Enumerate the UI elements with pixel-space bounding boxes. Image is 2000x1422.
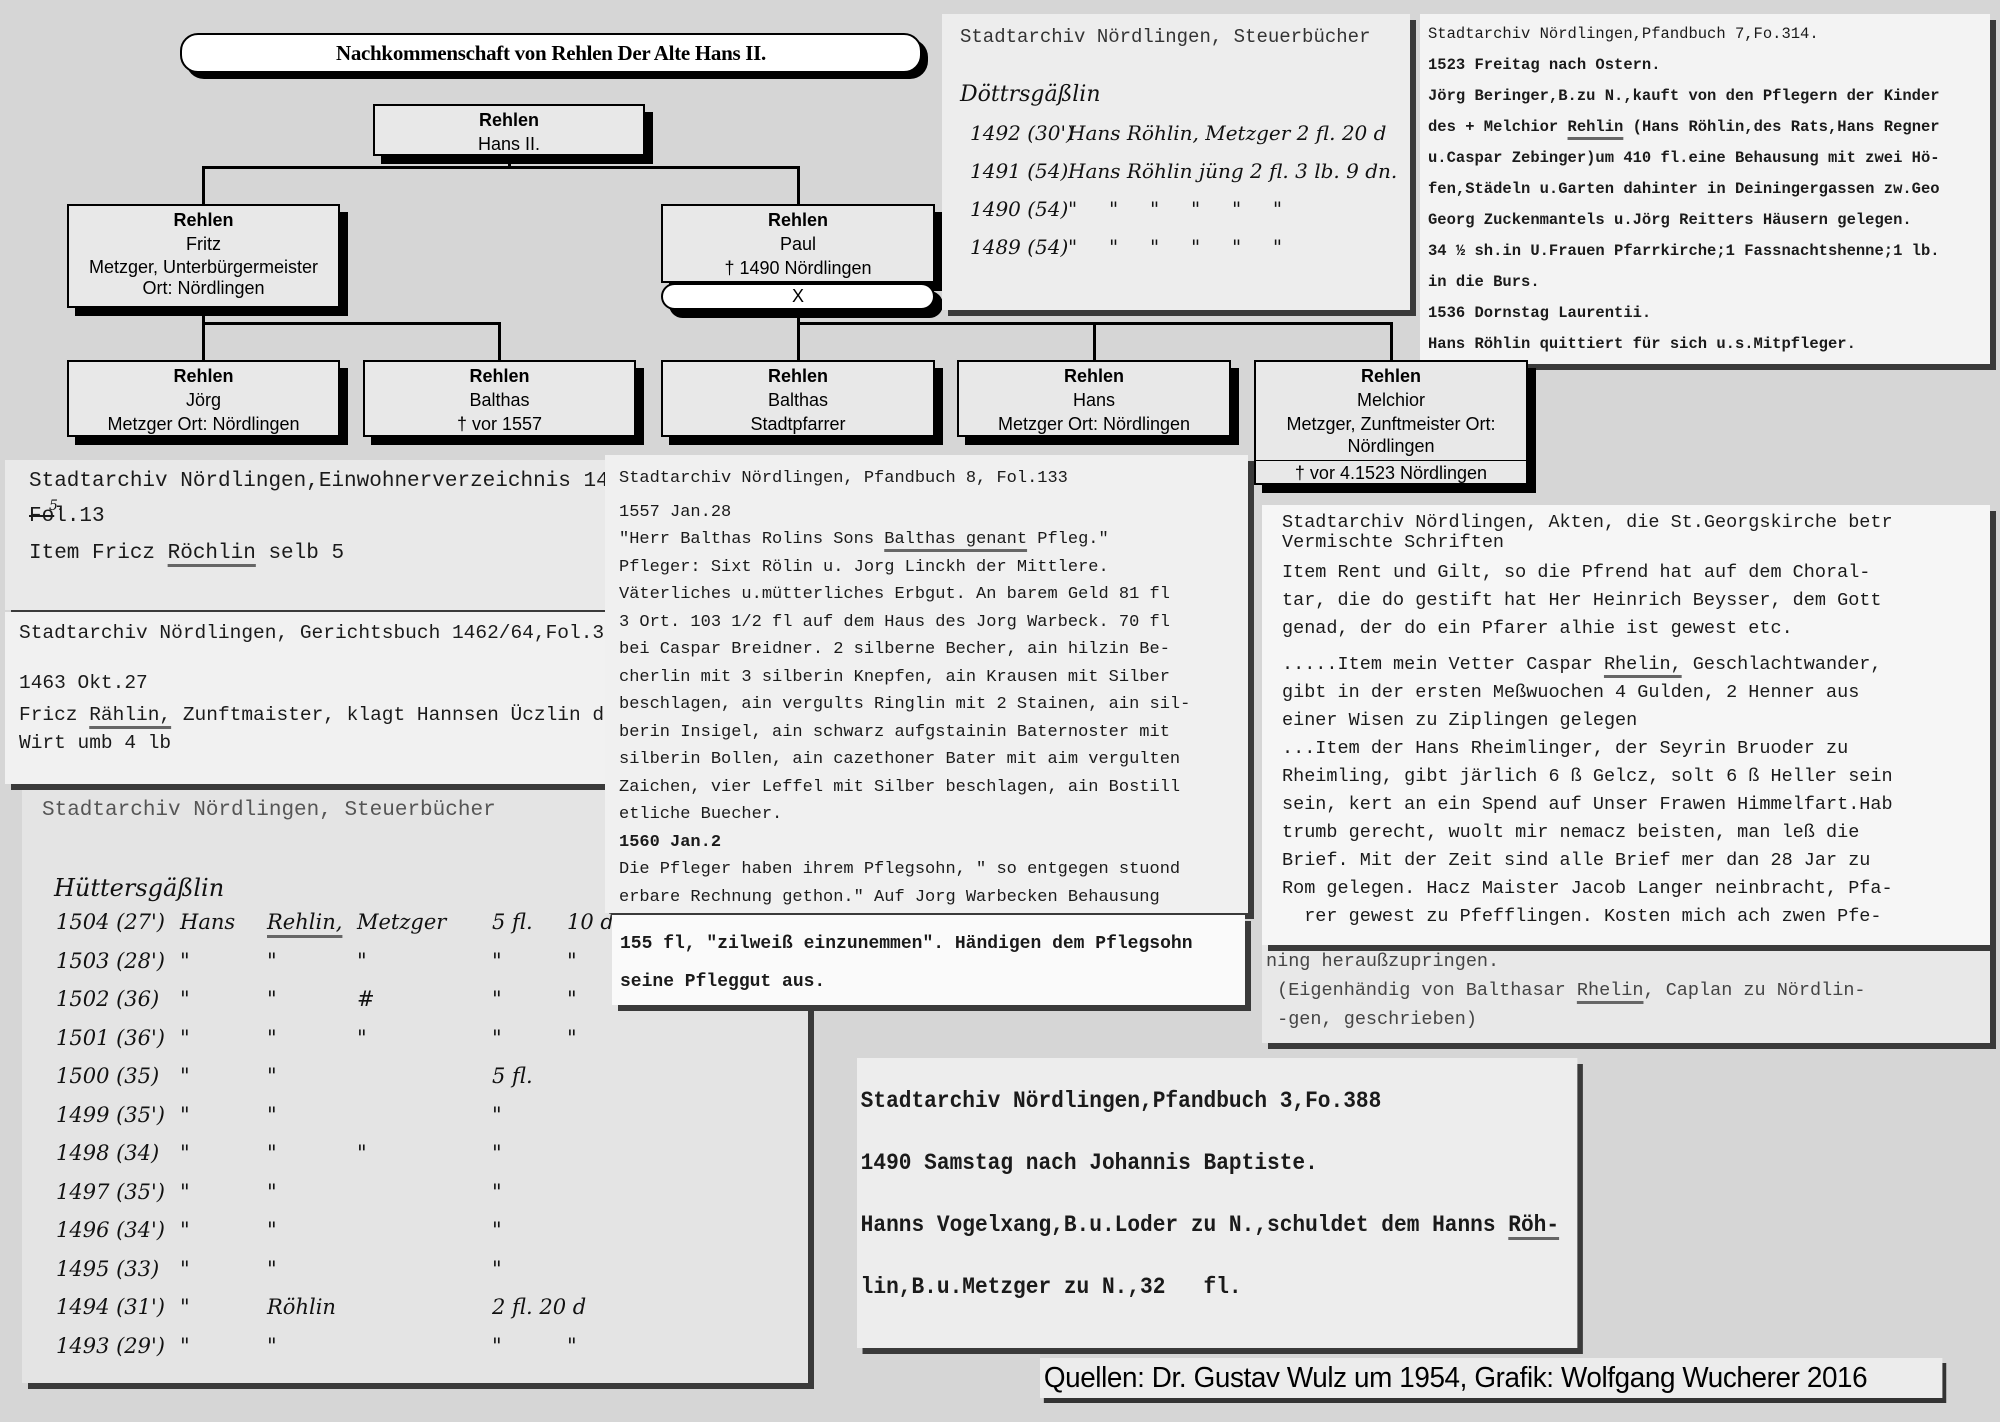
given-name: Balthas (663, 388, 933, 412)
doc-line: 155 fl, "zilweiß einzunemmen". Händigen … (620, 925, 1245, 963)
given-name: Jörg (69, 388, 338, 412)
tax-cell-c4: " (492, 987, 502, 1011)
doc-line: Jörg Beringer,B.zu N.,kauft von den Pfle… (1428, 81, 1990, 112)
tax-rows: 1492 (30')Hans Röhlin, Metzger 2 fl. 20 … (960, 121, 1410, 273)
tax-cell-year: 1494 (31') (56, 1295, 165, 1319)
tax-cell-entry: " " " " " " (1068, 235, 1282, 259)
doc-header: Stadtarchiv Nördlingen, Steuerbücher (960, 26, 1410, 48)
tax-cell-c5: " (567, 949, 577, 973)
tax-cell-c2: " (267, 1334, 277, 1358)
doc-line: (Eigenhändig von Balthasar Rhelin, Capla… (1266, 976, 1990, 1005)
doc-line: rer gewest zu Pfefflingen. Kosten mich a… (1282, 903, 1990, 931)
doc-pfandbuch-7: Stadtarchiv Nördlingen,Pfandbuch 7,Fo.31… (1420, 14, 1990, 364)
doc-line: bei Caspar Breidner. 2 silberne Becher, … (619, 636, 1248, 664)
tax-cell-c2: " (267, 1064, 277, 1088)
connector-line (202, 322, 500, 325)
given-name: Hans (959, 388, 1229, 412)
connector-line (202, 166, 799, 169)
details: † vor 4.1523 Nördlingen (1256, 460, 1526, 485)
tax-row: 1489 (54)" " " " " " (960, 235, 1410, 273)
doc-line: fen,Städeln u.Garten dahinter in Deining… (1428, 174, 1990, 205)
tax-cell-entry: Hans Röhlin, Metzger 2 fl. 20 d (1068, 121, 1386, 145)
doc-line: u.Caspar Zebinger)um 410 fl.eine Behausu… (1428, 143, 1990, 174)
tax-cell-year: 1500 (35) (56, 1064, 159, 1088)
tax-cell-year: 1491 (54) (970, 159, 1068, 183)
tax-cell-c4: " (492, 1141, 502, 1165)
tax-row: 1490 (54)" " " " " " (960, 197, 1410, 235)
tax-cell-c1: Hans (180, 910, 235, 934)
doc-line: gibt in der ersten Meßwuochen 4 Gulden, … (1282, 679, 1990, 707)
given-name: Paul (663, 232, 933, 256)
connector-line (797, 166, 800, 206)
tax-cell-c1: " (180, 987, 190, 1011)
doc-line: 3 Ort. 103 1/2 fl auf dem Haus des Jorg … (619, 609, 1248, 637)
connector-line (498, 322, 501, 362)
tax-cell-c2: " (267, 1218, 277, 1242)
tax-cell-c3: " (357, 949, 367, 973)
doc-line: Väterliches u.mütterliches Erbgut. An ba… (619, 581, 1248, 609)
tax-row: 1499 (35')""" (42, 1103, 808, 1142)
doc-line: etliche Buecher. (619, 801, 1248, 829)
chart-title: Nachkommenschaft von Rehlen Der Alte Han… (180, 33, 922, 73)
spouse-marker: X (661, 283, 935, 310)
tax-cell-c2: " (267, 1026, 277, 1050)
tax-cell-c1: " (180, 1026, 190, 1050)
tax-row: 1495 (33)""" (42, 1257, 808, 1296)
handwritten-annotation: 5. (49, 498, 62, 514)
surname: Rehlen (69, 208, 338, 232)
tax-row: 1500 (35)""5 fl. (42, 1064, 808, 1103)
doc-line: "Herr Balthas Rolins Sons Balthas genant… (619, 526, 1248, 554)
doc-line: Die Pfleger haben ihrem Pflegsohn, " so … (619, 856, 1248, 884)
person-node-balthas-2[interactable]: Rehlen Balthas Stadtpfarrer (661, 360, 935, 437)
doc-line: Hanns Vogelxang,B.u.Loder zu N.,schuldet… (861, 1194, 1578, 1256)
connector-line (1093, 322, 1096, 362)
tax-cell-c2: Rehlin, (267, 910, 342, 934)
doc-line: Rom gelegen. Hacz Maister Jacob Langer n… (1282, 875, 1990, 903)
tax-cell-year: 1493 (29') (56, 1334, 165, 1358)
tax-cell-year: 1504 (27') (56, 910, 165, 934)
doc-line: sein, kert an ein Spend auf Unser Frawen… (1282, 791, 1990, 819)
doc-einwohnerverzeichnis-1459: Stadtarchiv Nördlingen,Einwohnerverzeich… (5, 460, 605, 610)
tax-cell-c1: " (180, 1141, 190, 1165)
tax-cell-year: 1501 (36') (56, 1026, 165, 1050)
tax-row: 1497 (35')""" (42, 1180, 808, 1219)
tax-cell-c4: 5 fl. (492, 1064, 533, 1088)
tax-cell-c2: " (267, 987, 277, 1011)
surname: Rehlen (663, 364, 933, 388)
doc-line: Vermischte Schriften (1282, 533, 1990, 553)
connector-line (202, 166, 205, 206)
tax-cell-c5: " (567, 1026, 577, 1050)
doc-line: .....Item mein Vetter Caspar Rhelin, Ges… (1282, 651, 1990, 679)
tax-cell-year: 1502 (36) (56, 987, 159, 1011)
doc-line: Item Fricz Röchlin selb 5 (29, 542, 605, 565)
doc-header: Stadtarchiv Nördlingen, Pfandbuch 8, Fol… (619, 465, 1248, 493)
details: Metzger Ort: Nördlingen (69, 412, 338, 436)
credits-caption: Quellen: Dr. Gustav Wulz um 1954, Grafik… (1040, 1358, 1942, 1398)
tax-cell-year: 1492 (30') (970, 121, 1074, 145)
tax-cell-c4: " (492, 1026, 502, 1050)
details: Stadtpfarrer (663, 412, 933, 436)
tax-row: 1493 (29')"""" (42, 1334, 808, 1373)
given-name: Balthas (365, 388, 634, 412)
doc-line: berin Insigel, ain schwarz aufgstainin B… (619, 719, 1248, 747)
doc-gerichtsbuch-1462-64: Stadtarchiv Nördlingen, Gerichtsbuch 146… (5, 612, 605, 784)
doc-header: Stadtarchiv Nördlingen,Einwohnerverzeich… (29, 470, 605, 493)
doc-header: Stadtarchiv Nördlingen, Gerichtsbuch 146… (19, 622, 605, 644)
tax-cell-c4: " (492, 1103, 502, 1127)
details: Metzger, Zunftmeister Ort: (1256, 412, 1526, 436)
tax-cell-c2: " (267, 1103, 277, 1127)
tax-cell-c4: 2 fl. 20 d (492, 1295, 586, 1319)
tax-cell-c1: " (180, 1334, 190, 1358)
tax-row: 1492 (30')Hans Röhlin, Metzger 2 fl. 20 … (960, 121, 1410, 159)
tax-row: 1501 (36')""""" (42, 1026, 808, 1065)
doc-line: ning heraußzupringen. (1266, 947, 1990, 976)
doc-line: Wirt umb 4 lb (19, 732, 605, 754)
tax-cell-c1: " (180, 1257, 190, 1281)
tax-cell-entry: Hans Röhlin jüng 2 fl. 3 lb. 9 dn. (1068, 159, 1397, 183)
doc-akten-continuation: ning heraußzupringen. (Eigenhändig von B… (1262, 945, 1990, 1043)
doc-line: Georg Zuckenmantels u.Jörg Reitters Häus… (1428, 205, 1990, 236)
tax-cell-c5: 10 d (567, 910, 614, 934)
doc-header: Stadtarchiv Nördlingen,Pfandbuch 7,Fo.31… (1428, 19, 1990, 50)
person-node-paul[interactable]: Rehlen Paul † 1490 Nördlingen (661, 204, 935, 283)
doc-line: Fol.13 (29, 505, 605, 528)
tax-cell-c5: " (567, 987, 577, 1011)
tax-cell-c4: " (492, 1257, 502, 1281)
doc-line: ...Item der Hans Rheimlinger, der Seyrin… (1282, 735, 1990, 763)
tax-cell-c5: " (567, 1334, 577, 1358)
doc-line: 1523 Freitag nach Ostern. (1428, 50, 1990, 81)
tax-cell-c1: " (180, 1295, 190, 1319)
tax-cell-c1: " (180, 1103, 190, 1127)
doc-line: -gen, geschrieben) (1266, 1005, 1990, 1034)
surname: Rehlen (1256, 364, 1526, 388)
doc-line: lin,B.u.Metzger zu N.,32 fl. (861, 1256, 1578, 1318)
person-node-hans[interactable]: Rehlen Hans Metzger Ort: Nördlingen (957, 360, 1231, 437)
details: Metzger, Unterbürgermeister (69, 256, 338, 278)
surname: Rehlen (959, 364, 1229, 388)
tax-cell-entry: " " " " " " (1068, 197, 1282, 221)
tax-cell-c3: " (357, 1026, 367, 1050)
doc-line: silberin Bollen, ain cazethoner Bater mi… (619, 746, 1248, 774)
doc-line: Item Rent und Gilt, so die Pfrend hat au… (1282, 559, 1990, 587)
tax-row: 1494 (31')"Röhlin2 fl. 20 d (42, 1295, 808, 1334)
doc-pfandbuch-3: Stadtarchiv Nördlingen,Pfandbuch 3,Fo.38… (857, 1058, 1577, 1348)
tax-cell-c1: " (180, 1218, 190, 1242)
doc-line: seine Pfleggut aus. (620, 963, 1245, 1001)
tax-cell-c3: # (357, 987, 375, 1011)
tax-cell-c4: " (492, 1334, 502, 1358)
tax-cell-c4: " (492, 1218, 502, 1242)
doc-line: beschlagen, ain vergults Ringlin mit 2 S… (619, 691, 1248, 719)
details: Ort: Nördlingen (69, 278, 338, 298)
street-name: Döttrsgäßlin (960, 82, 1410, 107)
doc-pfandbuch-8: Stadtarchiv Nördlingen, Pfandbuch 8, Fol… (605, 455, 1248, 913)
doc-line: Pfleger: Sixt Rölin u. Jorg Linckh der M… (619, 554, 1248, 582)
doc-line: cherlin mit 3 silberin Knepfen, ain Krau… (619, 664, 1248, 692)
given-name: Hans II. (375, 132, 643, 156)
tax-cell-c2: Röhlin (267, 1295, 336, 1319)
details: Nördlingen (1256, 436, 1526, 456)
doc-line: 1557 Jan.28 (619, 499, 1248, 527)
doc-steuerbuecher-1489-1492: Stadtarchiv Nördlingen, Steuerbücher Döt… (942, 14, 1410, 310)
tax-cell-year: 1495 (33) (56, 1257, 159, 1281)
doc-line: in die Burs. (1428, 267, 1990, 298)
tax-row: 1496 (34')""" (42, 1218, 808, 1257)
doc-header: Stadtarchiv Nördlingen, Akten, die St.Ge… (1282, 513, 1990, 533)
tax-cell-c3: " (357, 1141, 367, 1165)
tax-cell-year: 1496 (34') (56, 1218, 165, 1242)
tax-cell-year: 1503 (28') (56, 949, 165, 973)
tax-cell-c2: " (267, 1257, 277, 1281)
doc-line: 1536 Dornstag Laurentii. (1428, 298, 1990, 329)
person-node-joerg[interactable]: Rehlen Jörg Metzger Ort: Nördlingen (67, 360, 340, 437)
given-name: Fritz (69, 232, 338, 256)
doc-line: einer Wisen zu Ziplingen gelegen (1282, 707, 1990, 735)
surname: Rehlen (365, 364, 634, 388)
doc-line: Rheimling, gibt järlich 6 ß Gelcz, solt … (1282, 763, 1990, 791)
connector-line (1390, 322, 1393, 362)
tax-cell-c1: " (180, 1180, 190, 1204)
doc-akten-st-georgskirche: Stadtarchiv Nördlingen, Akten, die St.Ge… (1262, 505, 1990, 945)
details: † vor 1557 (365, 412, 634, 436)
tax-cell-year: 1497 (35') (56, 1180, 165, 1204)
tax-cell-c3: Metzger (357, 910, 446, 934)
doc-line: Hans Röhlin quittiert für sich u.s.Mitpf… (1428, 329, 1990, 360)
tax-cell-c2: " (267, 1141, 277, 1165)
doc-line: Fricz Rählin, Zunftmaister, klagt Hannse… (19, 704, 605, 726)
doc-pfandbuch-8-continuation: 155 fl, "zilweiß einzunemmen". Händigen … (612, 915, 1245, 1005)
doc-line: 34 ½ sh.in U.Frauen Pfarrkirche;1 Fassna… (1428, 236, 1990, 267)
tax-row: 1498 (34)"""" (42, 1141, 808, 1180)
doc-line: trumb gerecht, wuolt mir nemacz beisten,… (1282, 819, 1990, 847)
tax-cell-year: 1498 (34) (56, 1141, 159, 1165)
surname: Rehlen (375, 108, 643, 132)
tax-cell-year: 1489 (54) (970, 235, 1068, 259)
tax-cell-year: 1490 (54) (970, 197, 1068, 221)
surname: Rehlen (69, 364, 338, 388)
tax-cell-c1: " (180, 1064, 190, 1088)
tax-cell-c4: 5 fl. (492, 910, 533, 934)
details: † 1490 Nördlingen (663, 256, 933, 280)
tax-cell-c2: " (267, 1180, 277, 1204)
tax-cell-c2: " (267, 949, 277, 973)
person-node-hans-ii[interactable]: Rehlen Hans II. (373, 104, 645, 156)
doc-line: Brief. Mit der Zeit sind alle Brief mer … (1282, 847, 1990, 875)
doc-line: tar, die do gestift hat Her Heinrich Bey… (1282, 587, 1990, 615)
doc-line: genad, der do ein Pfarer alhie ist gewes… (1282, 615, 1990, 643)
doc-line: erbare Rechnung gethon." Auf Jorg Warbec… (619, 884, 1248, 912)
details: Metzger Ort: Nördlingen (959, 412, 1229, 436)
person-node-fritz[interactable]: Rehlen Fritz Metzger, Unterbürgermeister… (67, 204, 340, 308)
tax-cell-year: 1499 (35') (56, 1103, 165, 1127)
tax-cell-c4: " (492, 1180, 502, 1204)
doc-line: Zaichen, vier Leffel mit Silber beschlag… (619, 774, 1248, 802)
doc-header: Stadtarchiv Nördlingen,Pfandbuch 3,Fo.38… (861, 1070, 1578, 1132)
tax-cell-c1: " (180, 949, 190, 973)
doc-line: des + Melchior Rehlin (Hans Röhlin,des R… (1428, 112, 1990, 143)
doc-line: 1463 Okt.27 (19, 672, 605, 694)
surname: Rehlen (663, 208, 933, 232)
doc-line: 1560 Jan.2 (619, 829, 1248, 857)
doc-line: 1490 Samstag nach Johannis Baptiste. (861, 1132, 1578, 1194)
tax-row: 1491 (54)Hans Röhlin jüng 2 fl. 3 lb. 9 … (960, 159, 1410, 197)
tax-cell-c4: " (492, 949, 502, 973)
given-name: Melchior (1256, 388, 1526, 412)
person-node-melchior[interactable]: Rehlen Melchior Metzger, Zunftmeister Or… (1254, 360, 1528, 485)
person-node-balthas-1[interactable]: Rehlen Balthas † vor 1557 (363, 360, 636, 437)
